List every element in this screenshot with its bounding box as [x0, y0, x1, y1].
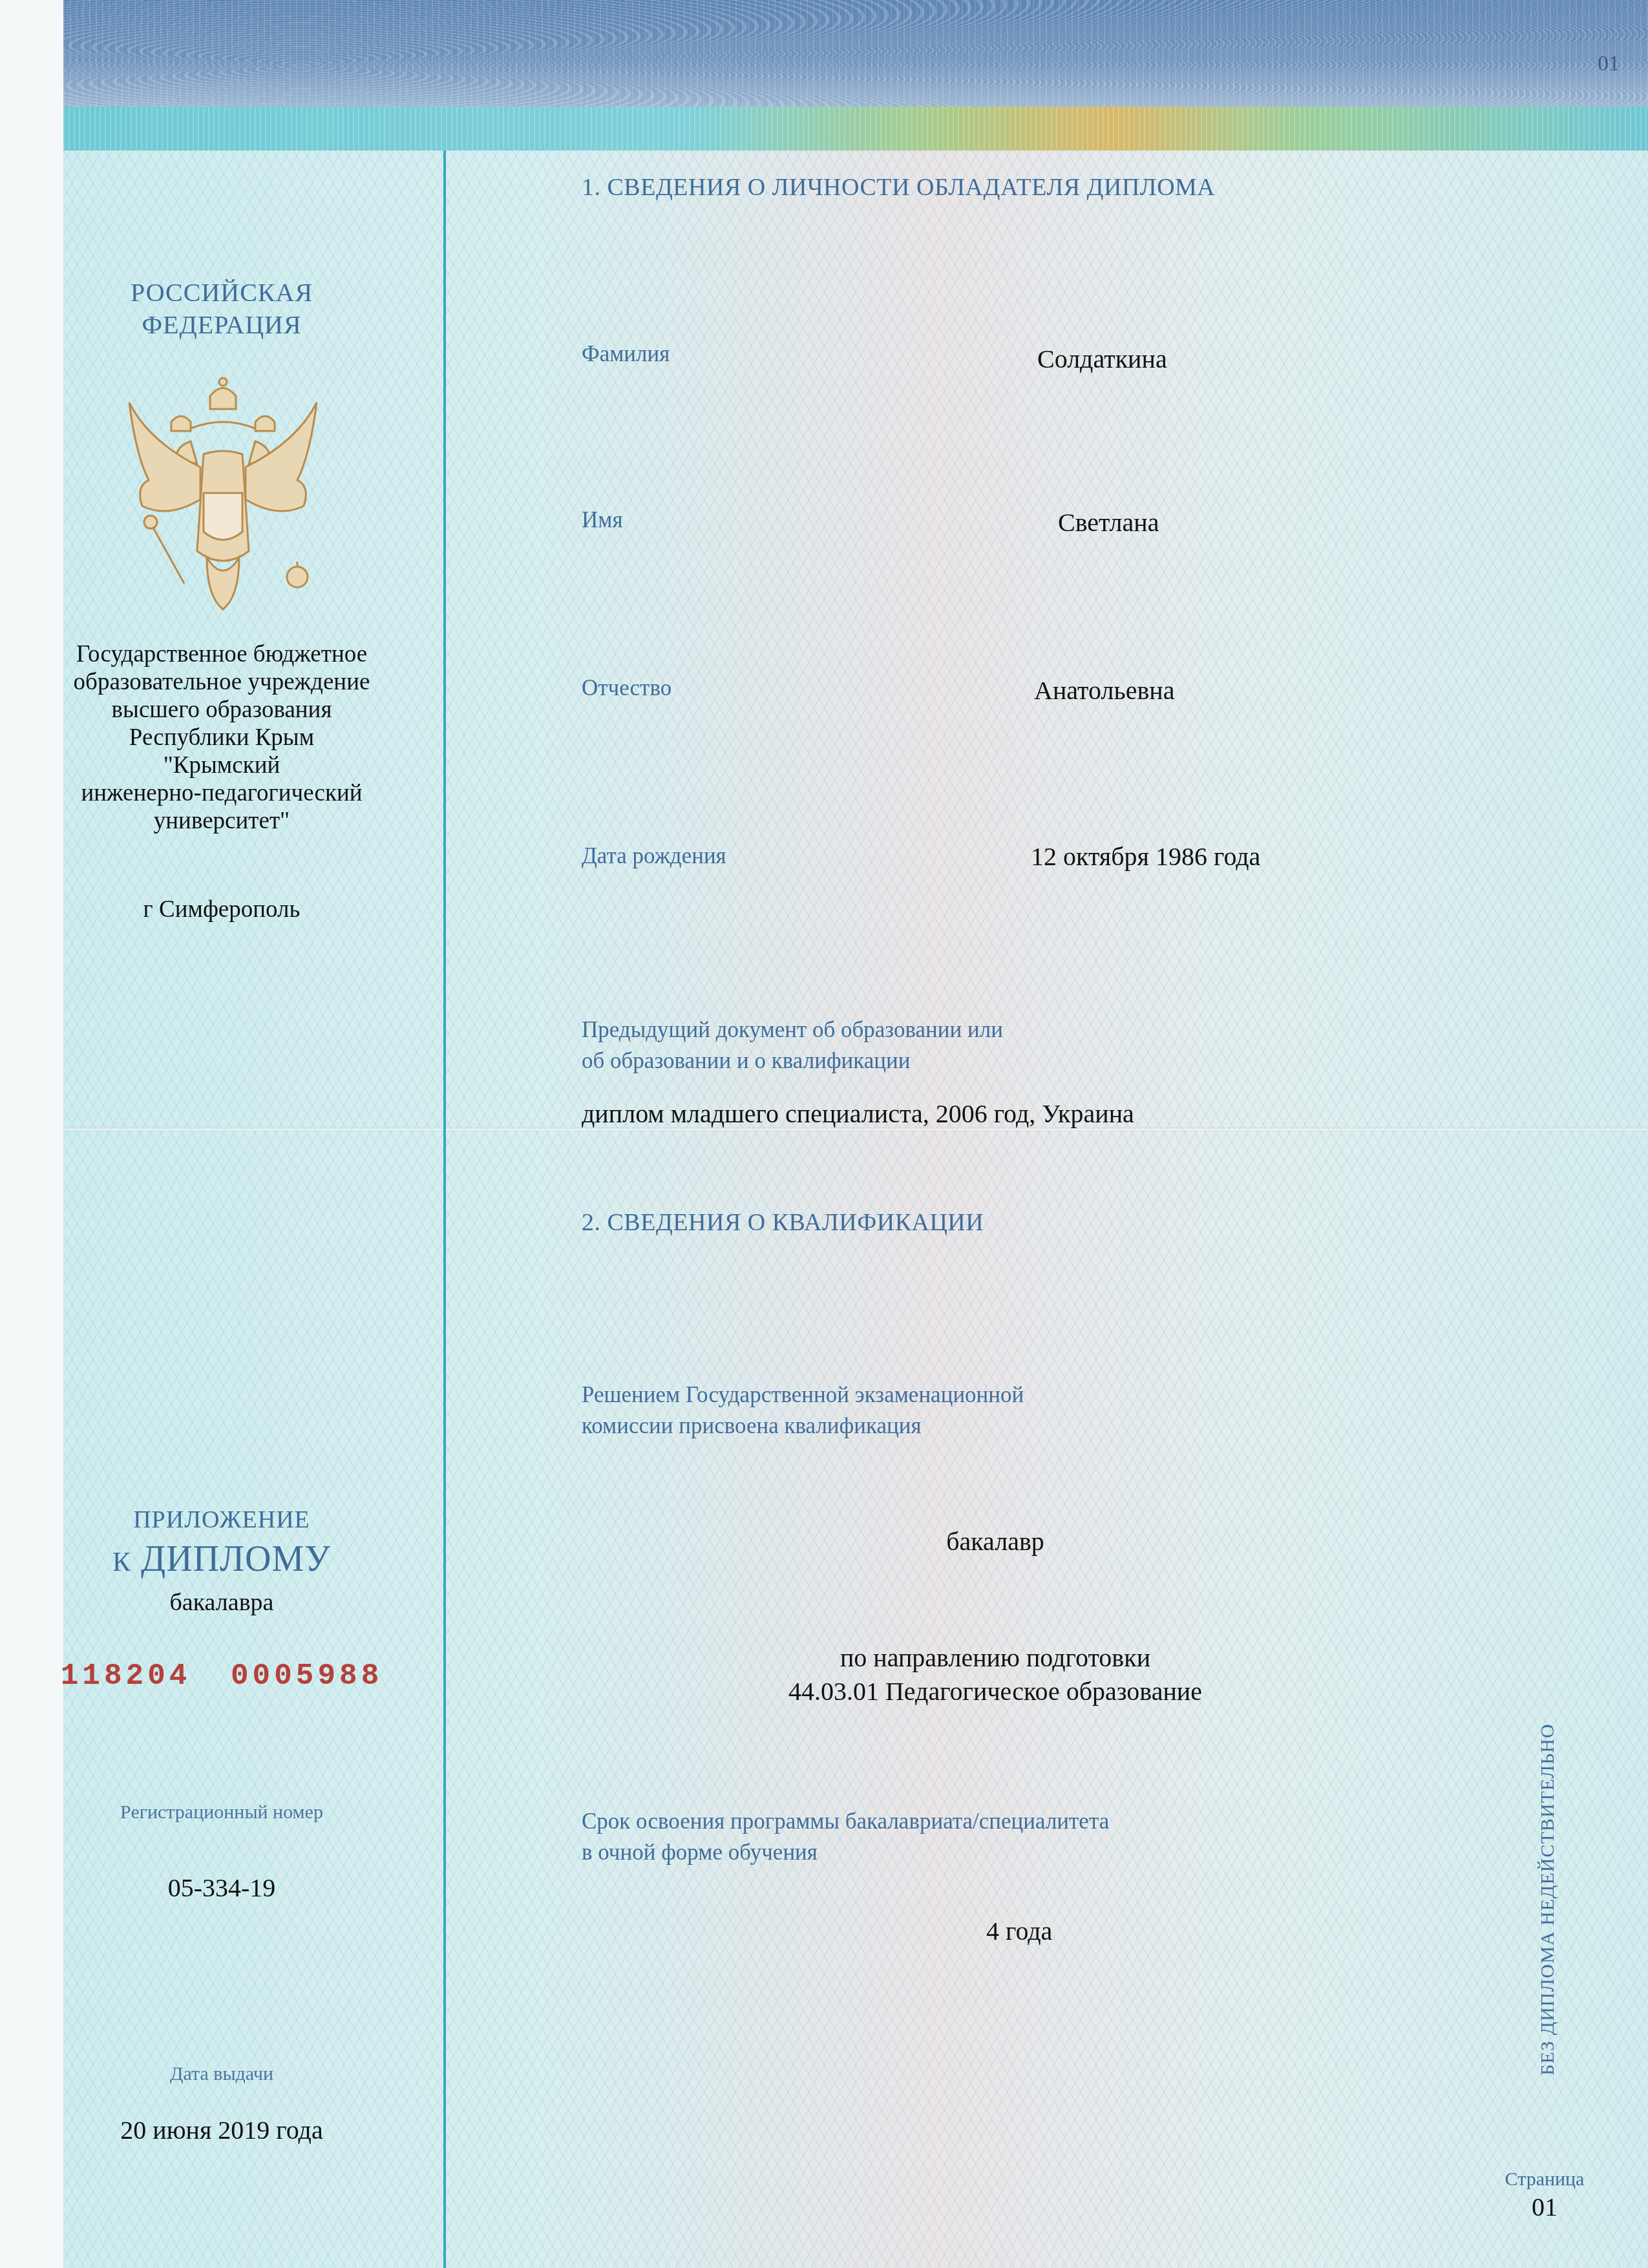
previous-document-value: диплом младшего специалиста, 2006 год, У…: [582, 1098, 1134, 1129]
previous-document-label-line-2: об образовании и о квалификации: [582, 1045, 1003, 1076]
institution-city: г Симферополь: [0, 896, 443, 923]
blank-serial-number: 118204 0005988: [0, 1659, 443, 1693]
issue-date-value: 20 июня 2019 года: [0, 2115, 443, 2145]
left-panel: РОССИЙСКАЯ ФЕДЕРАЦИЯ: [0, 151, 443, 2268]
page-marker-top: 01: [1598, 52, 1620, 76]
program-duration-label-line-2: в очной форме обучения: [582, 1837, 1109, 1868]
surname-value: Солдаткина: [1037, 344, 1167, 374]
institution-line: высшего образования: [0, 696, 443, 724]
institution-line: инженерно-педагогический: [0, 779, 443, 807]
patronymic-label: Отчество: [582, 675, 671, 701]
country-line-2: ФЕДЕРАЦИЯ: [0, 309, 443, 341]
institution-line: "Крымский: [0, 751, 443, 779]
page-label: Страница: [1486, 2168, 1603, 2190]
country-line-1: РОССИЙСКАЯ: [0, 277, 443, 309]
birth-date-label: Дата рождения: [582, 843, 726, 869]
institution-line: Республики Крым: [0, 724, 443, 751]
training-direction: по направлению подготовки 44.03.01 Педаг…: [582, 1641, 1409, 1708]
surname-label: Фамилия: [582, 341, 670, 367]
birth-date-value: 12 октября 1986 года: [1031, 841, 1260, 872]
qualification-decision-label-line-2: комиссии присвоена квалификация: [582, 1411, 1024, 1442]
section-1-heading: 1. СВЕДЕНИЯ О ЛИЧНОСТИ ОБЛАДАТЕЛЯ ДИПЛОМ…: [582, 173, 1215, 202]
country-name: РОССИЙСКАЯ ФЕДЕРАЦИЯ: [0, 277, 443, 341]
program-duration-label-line-1: Срок освоения программы бакалавриата/спе…: [582, 1806, 1109, 1837]
first-name-label: Имя: [582, 507, 623, 533]
serial-series: 118204: [61, 1659, 191, 1693]
serial-number: 0005988: [231, 1659, 383, 1693]
qualification-value: бакалавр: [582, 1525, 1409, 1559]
section-2-heading: 2. СВЕДЕНИЯ О КВАЛИФИКАЦИИ: [582, 1208, 984, 1237]
supplement-subtitle: К ДИПЛОМУ: [0, 1538, 443, 1580]
qualification-decision-label: Решением Государственной экзаменационной…: [582, 1380, 1024, 1442]
institution-line: университет": [0, 807, 443, 835]
patronymic-value: Анатольевна: [1034, 675, 1174, 706]
institution-name: Государственное бюджетное образовательно…: [0, 640, 443, 835]
registration-number-label: Регистрационный номер: [0, 1801, 443, 1823]
supplement-title: ПРИЛОЖЕНИЕ: [0, 1506, 443, 1534]
program-duration-value: 4 года: [986, 1916, 1052, 1946]
qualification-decision-label-line-1: Решением Государственной экзаменационной: [582, 1380, 1024, 1411]
right-panel: 1. СВЕДЕНИЯ О ЛИЧНОСТИ ОБЛАДАТЕЛЯ ДИПЛОМ…: [446, 0, 1585, 2268]
page-number: 01: [1486, 2192, 1603, 2222]
registration-number-value: 05-334-19: [0, 1873, 443, 1903]
previous-document-label-line-1: Предыдущий документ об образовании или: [582, 1014, 1003, 1045]
invalid-without-diploma-note: БЕЗ ДИПЛОМА НЕДЕЙСТВИТЕЛЬНО: [1537, 1693, 1576, 2106]
degree-level: бакалавра: [0, 1588, 443, 1617]
program-duration-label: Срок освоения программы бакалавриата/спе…: [582, 1806, 1109, 1868]
training-direction-line-2: 44.03.01 Педагогическое образование: [582, 1675, 1409, 1708]
supplement-prefix: К: [112, 1548, 131, 1577]
supplement-to-diploma: ДИПЛОМУ: [141, 1539, 331, 1579]
training-direction-line-1: по направлению подготовки: [582, 1641, 1409, 1675]
institution-line: образовательное учреждение: [0, 668, 443, 696]
first-name-value: Светлана: [1058, 507, 1159, 538]
previous-document-label: Предыдущий документ об образовании или о…: [582, 1014, 1003, 1076]
institution-line: Государственное бюджетное: [0, 640, 443, 668]
issue-date-label: Дата выдачи: [0, 2063, 443, 2085]
russian-coat-of-arms-icon: [113, 370, 333, 616]
